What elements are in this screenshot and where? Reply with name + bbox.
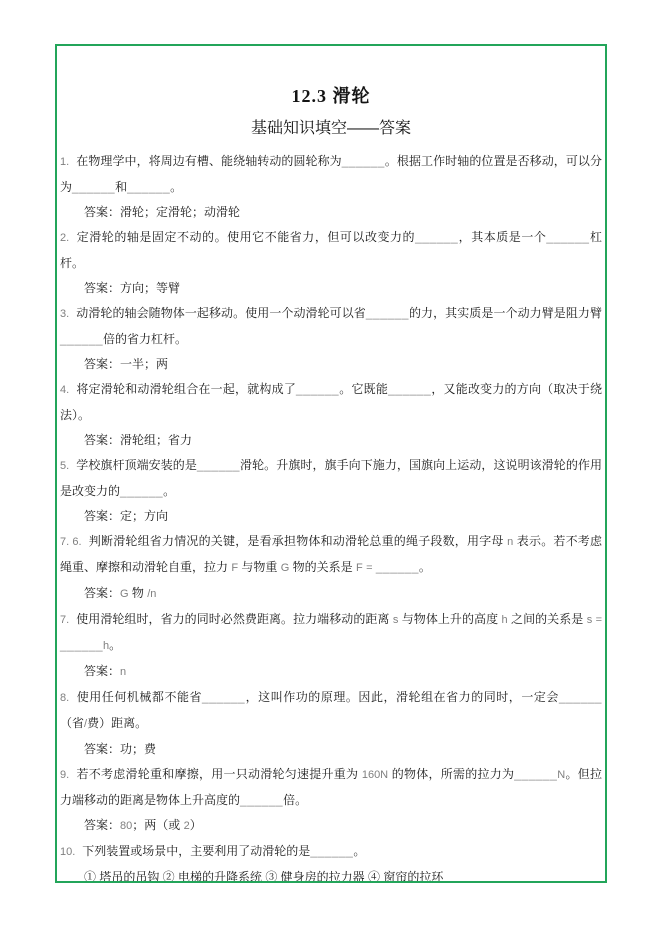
blank-field: ______ — [202, 690, 245, 704]
latin-text: F — [356, 562, 363, 574]
question-number: 4. — [60, 384, 69, 396]
question-number: 9. — [60, 769, 69, 781]
question-text: 9.若不考虑滑轮重和摩擦，用一只动滑轮匀速提升重为 160N 的物体，所需的拉力… — [60, 762, 602, 813]
question-number: 7. — [60, 614, 69, 626]
blank-field: ______ — [388, 382, 431, 396]
question-list: 1.在物理学中，将周边有槽、能绕轴转动的圆轮称为______。根据工作时轴的位置… — [60, 149, 602, 883]
question-text: 1.在物理学中，将周边有槽、能绕轴转动的圆轮称为______。根据工作时轴的位置… — [60, 149, 602, 200]
latin-text: G — [120, 588, 129, 600]
question-text: 7. 6.判断滑轮组省力情况的关键，是看承担物体和动滑轮总重的绳子段数，用字母 … — [60, 529, 602, 581]
question-text: 10.下列装置或场景中，主要利用了动滑轮的是______。 — [60, 839, 602, 865]
question-number: 1. — [60, 156, 69, 168]
question-text: 3.动滑轮的轴会随物体一起移动。使用一个动滑轮可以省______的力，其实质是一… — [60, 301, 602, 352]
blank-field: ______ — [60, 638, 103, 652]
question-number: 2. — [60, 232, 69, 244]
latin-text: n — [120, 666, 126, 678]
blank-field: ______ — [60, 332, 103, 346]
answer-text: 答案：n — [84, 659, 602, 685]
blank-field: ______ — [514, 767, 557, 781]
blank-field: ______ — [72, 180, 115, 194]
latin-text: F — [231, 562, 238, 574]
blank-field: ______ — [366, 306, 409, 320]
question-text: 8.使用任何机械都不能省______，这叫作功的原理。因此，滑轮组在省力的同时，… — [60, 685, 602, 737]
answer-text: 答案：方向；等臂 — [84, 276, 602, 301]
latin-text: s — [393, 614, 399, 626]
question-text: 5.学校旗杆顶端安装的是______滑轮。升旗时，旗手向下施力，国旗向上运动，这… — [60, 453, 602, 504]
answer-text: 答案：功；费 — [84, 737, 602, 762]
blank-field: ______ — [546, 230, 589, 244]
latin-text: G — [281, 562, 290, 574]
blank-field: ______ — [376, 560, 419, 574]
blank-field: ______ — [127, 180, 170, 194]
answer-text: 答案：滑轮；定滑轮；动滑轮 — [84, 200, 602, 225]
options-text: ① 塔吊的吊钩 ② 电梯的升降系统 ③ 健身房的拉力器 ④ 窗帘的拉环 — [84, 865, 602, 883]
question-text: 2.定滑轮的轴是固定不动的。使用它不能省力，但可以改变力的______，其本质是… — [60, 225, 602, 276]
page-border: 12.3 滑轮 基础知识填空——答案 1.在物理学中，将周边有槽、能绕轴转动的圆… — [55, 44, 607, 883]
answer-text: 答案：滑轮组；省力 — [84, 428, 602, 453]
blank-field: ______ — [559, 690, 602, 704]
latin-text: 160N — [362, 769, 388, 781]
blank-field: ______ — [197, 458, 240, 472]
answer-text: 答案：一半；两 — [84, 352, 602, 377]
latin-text: h — [502, 614, 508, 626]
latin-text: = — [366, 562, 372, 574]
latin-text: s — [587, 614, 593, 626]
question-number: 3. — [60, 308, 69, 320]
question-number: 10. — [60, 846, 75, 858]
latin-text: / — [84, 718, 87, 730]
latin-text: 2 — [184, 820, 190, 832]
answer-text: 答案：G 物 /n — [84, 581, 602, 607]
blank-field: ______ — [310, 844, 353, 858]
blank-field: ______ — [296, 382, 339, 396]
question-number: 5. — [60, 460, 69, 472]
doc-title: 12.3 滑轮 — [60, 86, 602, 106]
doc-subtitle: 基础知识填空——答案 — [60, 119, 602, 139]
question-text: 7.使用滑轮组时，省力的同时必然费距离。拉力端移动的距离 s 与物体上升的高度 … — [60, 607, 602, 659]
latin-text: /n — [147, 588, 156, 600]
answer-text: 答案：定；方向 — [84, 504, 602, 529]
answer-text: 答案：80；两（或 2） — [84, 813, 602, 839]
question-number: 7. 6. — [60, 536, 82, 548]
latin-text: 80 — [120, 820, 132, 832]
question-text: 4.将定滑轮和动滑轮组合在一起，就构成了______。它既能______，又能改… — [60, 377, 602, 428]
latin-text: N — [557, 769, 565, 781]
question-number: 8. — [60, 692, 69, 704]
latin-text: = — [596, 614, 602, 626]
latin-text: h — [103, 640, 109, 652]
blank-field: ______ — [240, 793, 283, 807]
blank-field: ______ — [120, 484, 163, 498]
latin-text: n — [507, 536, 513, 548]
blank-field: ______ — [415, 230, 458, 244]
blank-field: ______ — [342, 154, 385, 168]
